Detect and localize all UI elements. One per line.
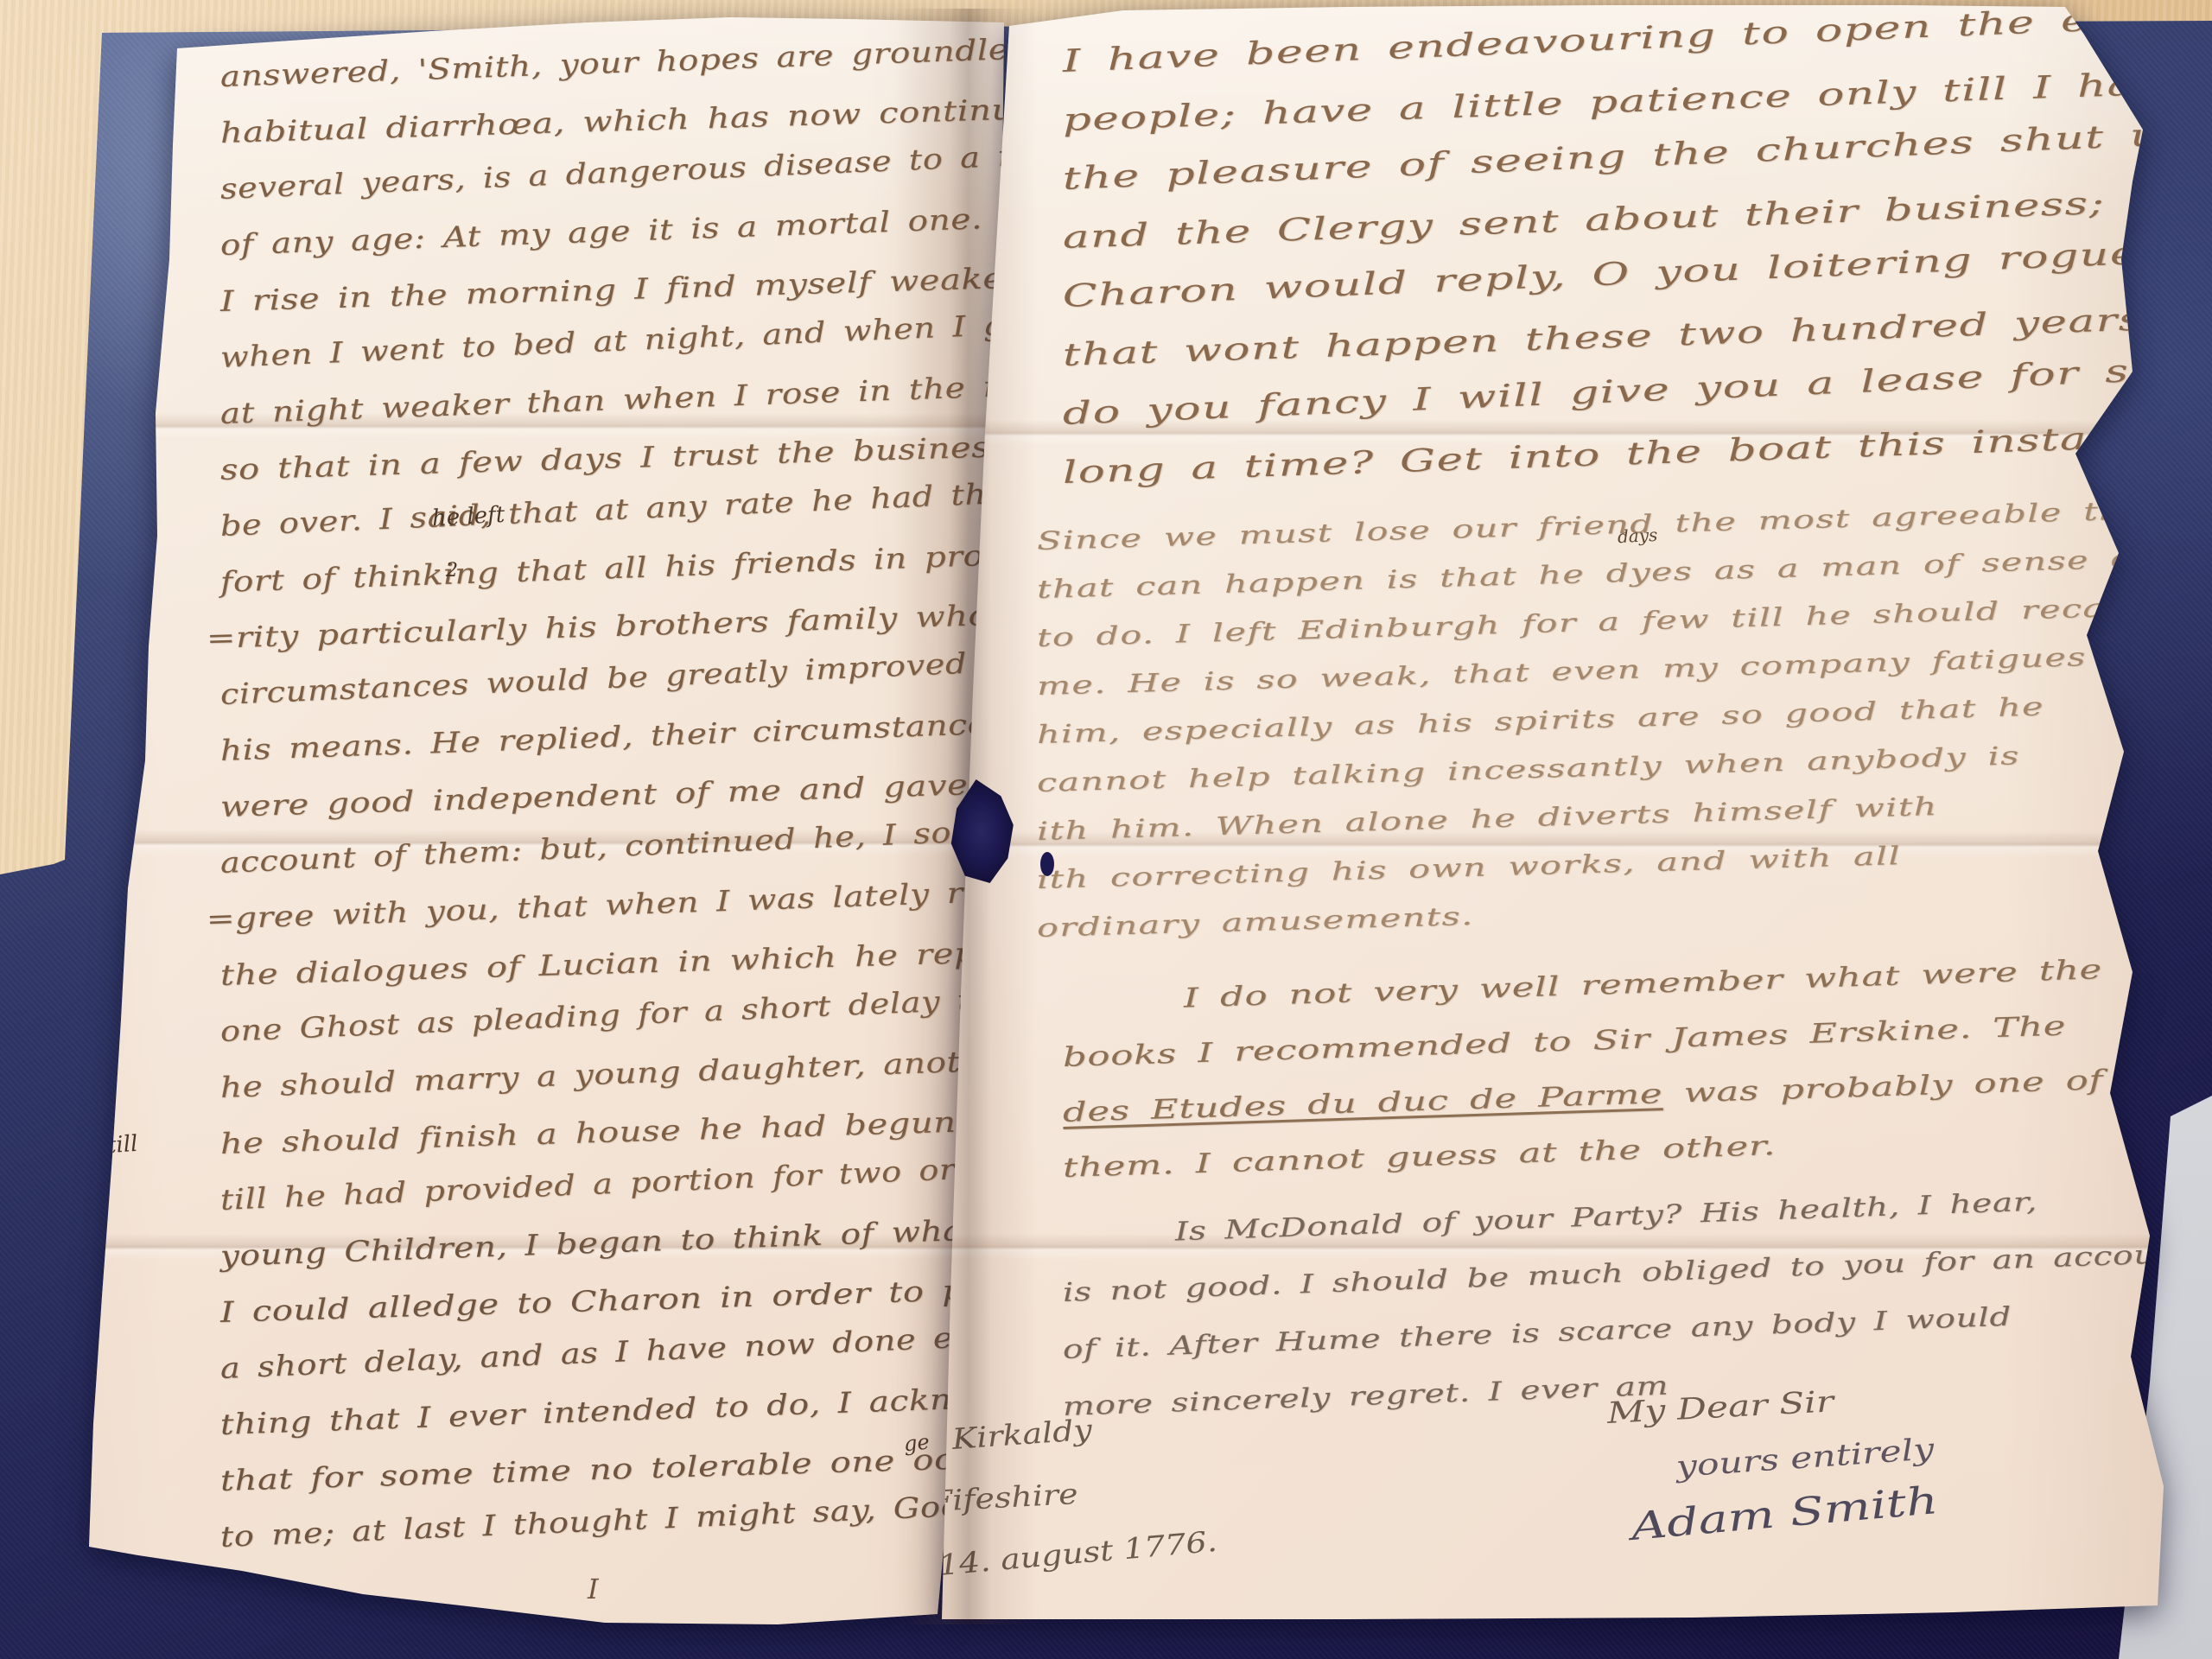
dateline-date: 14. august 1776. xyxy=(937,1524,1218,1582)
paper-hole-small xyxy=(1040,852,1054,876)
right-page-text-block: I have been endeavouring to open the eye… xyxy=(916,0,2212,1436)
interlinear-insertion-he-left: he left xyxy=(431,502,505,531)
underlined-phrase: des Etudes du duc de Parme xyxy=(1062,1078,1662,1128)
interlinear-insertion-days: days xyxy=(1617,524,1657,547)
photo-of-manuscript-letter: answered, 'Smith, your hopes are groundl… xyxy=(0,0,2212,1659)
closing-valediction: yours entirely xyxy=(1675,1432,1935,1484)
letter-right-page: I have been endeavouring to open the eye… xyxy=(916,0,2212,1624)
dateline-place-2: Fifeshire xyxy=(929,1477,1078,1518)
letter-right-page-wrap: I have been endeavouring to open the eye… xyxy=(916,0,2212,1624)
letter-left-page-wrap: answered, 'Smith, your hopes are groundl… xyxy=(69,7,1015,1627)
letter-left-page: answered, 'Smith, your hopes are groundl… xyxy=(69,7,1015,1627)
signature-adam-smith: Adam Smith xyxy=(1630,1478,1940,1549)
interlinear-numeral: 2 xyxy=(446,560,458,582)
marginal-insertion-till: till xyxy=(106,1131,138,1159)
line-fragment: was probably one of xyxy=(1662,1065,2104,1109)
catchword: I xyxy=(588,1573,599,1605)
